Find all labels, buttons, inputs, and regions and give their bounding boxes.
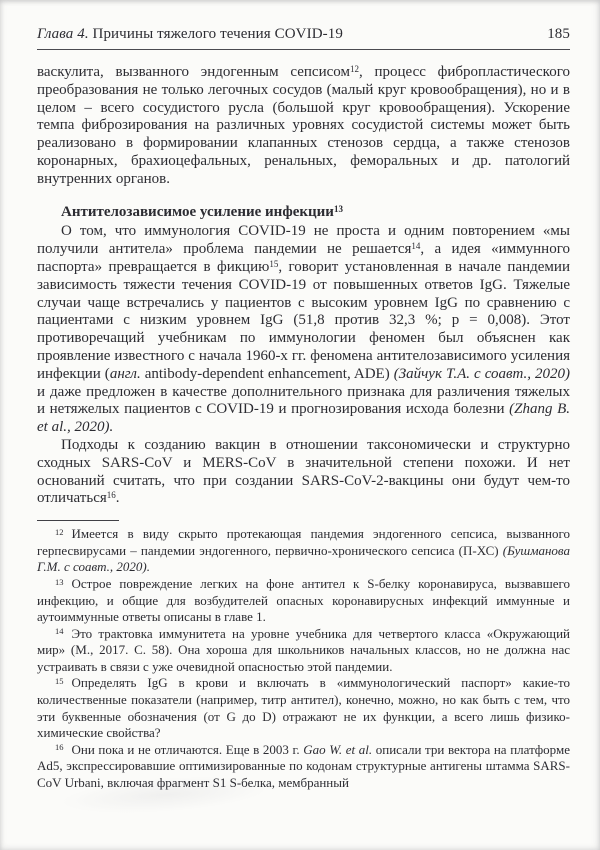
page-number: 185 [547, 26, 570, 43]
page-content: Глава 4. Причины тяжелого течения COVID-… [37, 26, 570, 792]
footnote-16: 16Они пока и не отличаются. Еще в 2003 г… [37, 742, 570, 792]
text-run: Имеется в виду скрыто протекающая пандем… [37, 526, 570, 558]
text-run: Они пока и не отличаются. Еще в 2003 г. [72, 742, 304, 757]
footnote-ref-13: 13 [334, 204, 343, 214]
text-run: васкулита, вызванного эндогенным сепсисо… [37, 64, 350, 80]
paragraph-3: Подходы к созданию вакцин в отношении та… [37, 437, 570, 508]
footnote-ref-14: 14 [411, 241, 420, 251]
section-heading: Антителозависимое усиление инфекции13 [37, 204, 570, 222]
body-text: васкулита, вызванного эндогенным сепсисо… [37, 64, 570, 508]
text-run: antibody-dependent enhancement, ADE) [141, 366, 394, 382]
running-title: Глава 4. Причины тяжелого течения COVID-… [37, 26, 343, 43]
chapter-title: Причины тяжелого течения COVID-19 [89, 26, 343, 42]
chapter-label: Глава 4. [37, 26, 89, 42]
footnote-separator [37, 520, 119, 521]
footnote-number: 16 [55, 742, 64, 752]
footnote-ref-12: 12 [350, 64, 359, 74]
footnote-14: 14Это трактовка иммунитета на уровне уче… [37, 626, 570, 676]
footnote-ref-16: 16 [107, 490, 116, 500]
book-page-scan: Глава 4. Причины тяжелого течения COVID-… [0, 0, 600, 850]
paragraph-1: васкулита, вызванного эндогенным сепсисо… [37, 64, 570, 189]
text-run: и даже предложен в качестве дополнительн… [37, 384, 570, 418]
citation-run: (Зайчук Т.А. с соавт., 2020) [394, 366, 570, 382]
citation-run: Gao W. et al. [303, 742, 372, 757]
text-run: , процесс фибропластического преобразова… [37, 64, 570, 187]
footnote-13: 13Острое повреждение легких на фоне анти… [37, 576, 570, 626]
footnotes-block: 12Имеется в виду скрыто протекающая панд… [37, 526, 570, 792]
footnote-number: 12 [55, 527, 64, 537]
footnote-12: 12Имеется в виду скрыто протекающая панд… [37, 526, 570, 576]
paragraph-2: О том, что иммунология COVID-19 не прост… [37, 223, 570, 437]
footnote-number: 15 [55, 676, 64, 686]
footnote-15: 15Определять IgG в крови и включать в «и… [37, 675, 570, 741]
text-run: Определять IgG в крови и включать в «имм… [37, 675, 570, 740]
footnote-ref-15: 15 [269, 259, 278, 269]
running-header: Глава 4. Причины тяжелого течения COVID-… [37, 26, 570, 43]
text-run: Это трактовка иммунитета на уровне учебн… [37, 626, 570, 674]
text-run: Острое повреждение легких на фоне антите… [37, 576, 570, 624]
italic-run: англ. [110, 366, 141, 382]
text-run: , говорит установленная в начале пандеми… [37, 259, 570, 382]
footnote-number: 14 [55, 626, 64, 636]
header-rule [37, 49, 570, 50]
text-run: . [116, 490, 120, 506]
footnote-number: 13 [55, 577, 64, 587]
heading-text: Антителозависимое усиление инфекции [61, 204, 334, 220]
